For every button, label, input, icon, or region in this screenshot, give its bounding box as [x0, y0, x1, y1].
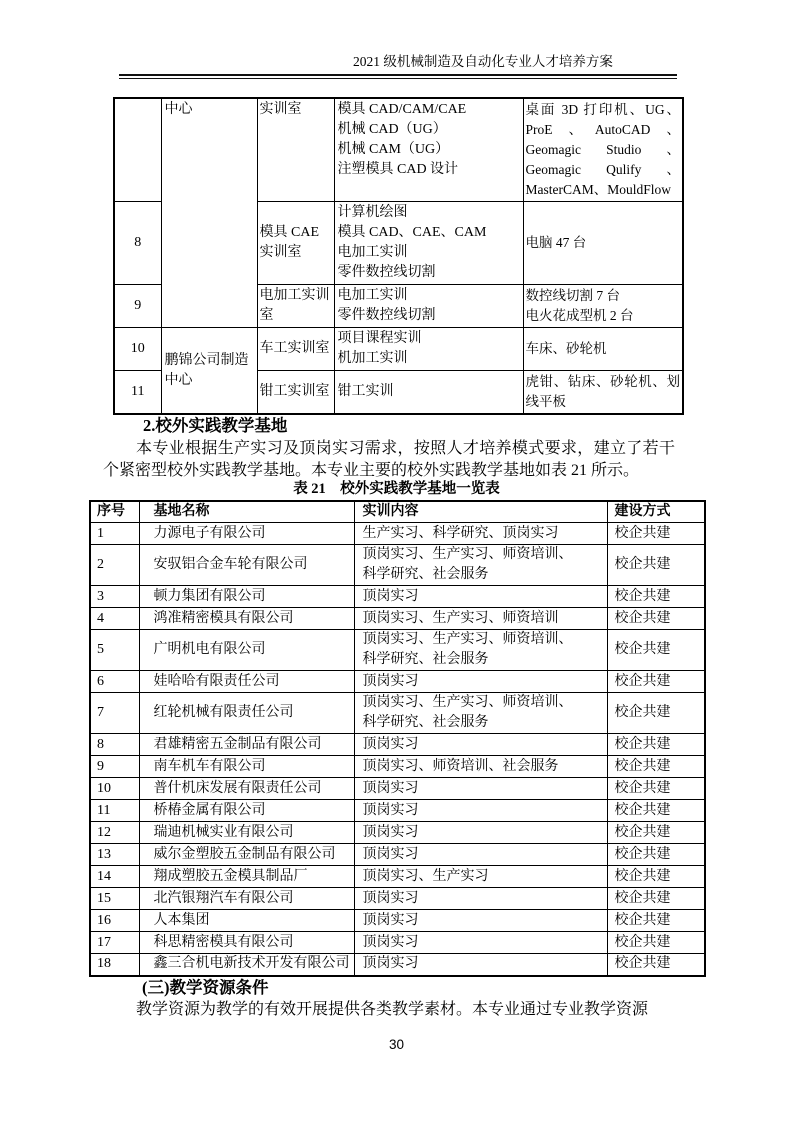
- table-row: 1 力源电子有限公司 生产实习、科学研究、顶岗实习 校企共建: [90, 523, 705, 545]
- training-content-cell: 生产实习、科学研究、顶岗实习: [354, 523, 607, 545]
- facility-row: 10 鹏锦公司制造中心 车工实训室 项目课程实训 机加工实训 车床、砂轮机: [114, 328, 683, 371]
- serial-cell: 5: [90, 630, 139, 671]
- page-number: 30: [0, 1037, 793, 1052]
- equipment-cell: 车床、砂轮机: [523, 328, 683, 371]
- base-name-cell: 南车机车有限公司: [139, 756, 354, 778]
- training-content-cell: 顶岗实习: [354, 671, 607, 693]
- serial-cell: 16: [90, 910, 139, 932]
- table-header-row: 序号 基地名称 实训内容 建设方式: [90, 501, 705, 523]
- base-name-cell: 翔成塑胶五金模具制品厂: [139, 866, 354, 888]
- serial-cell: 3: [90, 586, 139, 608]
- construction-mode-cell: 校企共建: [607, 545, 705, 586]
- base-name-cell: 北汽银翔汽车有限公司: [139, 888, 354, 910]
- section-heading-external-bases: 2.校外实践教学基地: [143, 415, 287, 437]
- col-header-training-content: 实训内容: [354, 501, 607, 523]
- training-content-cell: 顶岗实习: [354, 586, 607, 608]
- base-name-cell: 桥椿金属有限公司: [139, 800, 354, 822]
- base-name-cell: 娃哈哈有限责任公司: [139, 671, 354, 693]
- table21-caption: 表 21 校外实践教学基地一览表: [89, 479, 704, 499]
- content-cell: 电加工实训 零件数控线切割: [334, 285, 523, 328]
- construction-mode-cell: 校企共建: [607, 844, 705, 866]
- equipment-cell: 桌面 3D 打印机、UG、ProE 、AutoCAD 、Geomagic Stu…: [523, 98, 683, 202]
- serial-cell: 2: [90, 545, 139, 586]
- training-content-cell: 顶岗实习: [354, 844, 607, 866]
- serial-cell: 9: [114, 285, 161, 328]
- base-name-cell: 顿力集团有限公司: [139, 586, 354, 608]
- page-header-title: 2021 级机械制造及自动化专业人才培养方案: [353, 54, 613, 70]
- base-name-cell: 红轮机械有限责任公司: [139, 693, 354, 734]
- construction-mode-cell: 校企共建: [607, 671, 705, 693]
- table-row: 6 娃哈哈有限责任公司 顶岗实习 校企共建: [90, 671, 705, 693]
- training-content-cell: 顶岗实习、生产实习、师资培训、 科学研究、社会服务: [354, 545, 607, 586]
- table-row: 3 顿力集团有限公司 顶岗实习 校企共建: [90, 586, 705, 608]
- construction-mode-cell: 校企共建: [607, 693, 705, 734]
- table-row: 13 威尔金塑胶五金制品有限公司 顶岗实习 校企共建: [90, 844, 705, 866]
- serial-cell: 8: [114, 202, 161, 285]
- serial-cell: 15: [90, 888, 139, 910]
- document-page: 2021 级机械制造及自动化专业人才培养方案 中心 实训室 模具 CAD/CAM…: [0, 0, 793, 1122]
- room-cell: 车工实训室: [257, 328, 334, 371]
- table-row: 7 红轮机械有限责任公司 顶岗实习、生产实习、师资培训、 科学研究、社会服务 校…: [90, 693, 705, 734]
- base-name-cell: 君雄精密五金制品有限公司: [139, 734, 354, 756]
- serial-cell: 6: [90, 671, 139, 693]
- table-row: 10 普什机床发展有限责任公司 顶岗实习 校企共建: [90, 778, 705, 800]
- base-name-cell: 威尔金塑胶五金制品有限公司: [139, 844, 354, 866]
- training-content-cell: 顶岗实习: [354, 778, 607, 800]
- construction-mode-cell: 校企共建: [607, 888, 705, 910]
- construction-mode-cell: 校企共建: [607, 586, 705, 608]
- training-content-cell: 顶岗实习: [354, 954, 607, 976]
- base-name-cell: 力源电子有限公司: [139, 523, 354, 545]
- serial-cell: [114, 98, 161, 202]
- serial-cell: 7: [90, 693, 139, 734]
- table-row: 17 科思精密模具有限公司 顶岗实习 校企共建: [90, 932, 705, 954]
- table-row: 5 广明机电有限公司 顶岗实习、生产实习、师资培训、 科学研究、社会服务 校企共…: [90, 630, 705, 671]
- training-content-cell: 顶岗实习: [354, 800, 607, 822]
- serial-cell: 9: [90, 756, 139, 778]
- serial-cell: 11: [90, 800, 139, 822]
- room-cell: 钳工实训室: [257, 371, 334, 415]
- table-row: 9 南车机车有限公司 顶岗实习、师资培训、社会服务 校企共建: [90, 756, 705, 778]
- content-cell: 项目课程实训 机加工实训: [334, 328, 523, 371]
- construction-mode-cell: 校企共建: [607, 822, 705, 844]
- construction-mode-cell: 校企共建: [607, 630, 705, 671]
- training-content-cell: 顶岗实习、师资培训、社会服务: [354, 756, 607, 778]
- equipment-cell: 电脑 47 台: [523, 202, 683, 285]
- training-content-cell: 顶岗实习: [354, 734, 607, 756]
- bases-table: 序号 基地名称 实训内容 建设方式 1 力源电子有限公司 生产实习、科学研究、顶…: [89, 500, 706, 977]
- equipment-cell: 虎钳、钻床、砂轮机、划线平板: [523, 371, 683, 415]
- facility-row: 中心 实训室 模具 CAD/CAM/CAE 机械 CAD（UG） 机械 CAM（…: [114, 98, 683, 202]
- construction-mode-cell: 校企共建: [607, 608, 705, 630]
- training-content-cell: 顶岗实习、生产实习: [354, 866, 607, 888]
- table-row: 8 君雄精密五金制品有限公司 顶岗实习 校企共建: [90, 734, 705, 756]
- construction-mode-cell: 校企共建: [607, 778, 705, 800]
- construction-mode-cell: 校企共建: [607, 734, 705, 756]
- room-cell: 电加工实训室: [257, 285, 334, 328]
- table-row: 2 安驭铝合金车轮有限公司 顶岗实习、生产实习、师资培训、 科学研究、社会服务 …: [90, 545, 705, 586]
- training-content-cell: 顶岗实习: [354, 822, 607, 844]
- training-content-cell: 顶岗实习、生产实习、师资培训、 科学研究、社会服务: [354, 693, 607, 734]
- serial-cell: 10: [90, 778, 139, 800]
- serial-cell: 1: [90, 523, 139, 545]
- facilities-table: 中心 实训室 模具 CAD/CAM/CAE 机械 CAD（UG） 机械 CAM（…: [113, 97, 684, 415]
- base-name-cell: 人本集团: [139, 910, 354, 932]
- center-cell: 中心: [161, 98, 257, 328]
- training-content-cell: 顶岗实习、生产实习、师资培训、 科学研究、社会服务: [354, 630, 607, 671]
- construction-mode-cell: 校企共建: [607, 756, 705, 778]
- header-rule: [119, 74, 677, 79]
- content-cell: 计算机绘图 模具 CAD、CAE、CAM 电加工实训 零件数控线切割: [334, 202, 523, 285]
- serial-cell: 11: [114, 371, 161, 415]
- serial-cell: 17: [90, 932, 139, 954]
- serial-cell: 14: [90, 866, 139, 888]
- table-row: 15 北汽银翔汽车有限公司 顶岗实习 校企共建: [90, 888, 705, 910]
- col-header-serial: 序号: [90, 501, 139, 523]
- serial-cell: 18: [90, 954, 139, 976]
- base-name-cell: 瑞迪机械实业有限公司: [139, 822, 354, 844]
- construction-mode-cell: 校企共建: [607, 910, 705, 932]
- table-row: 12 瑞迪机械实业有限公司 顶岗实习 校企共建: [90, 822, 705, 844]
- table-row: 16 人本集团 顶岗实习 校企共建: [90, 910, 705, 932]
- paragraph-teaching-resources: 教学资源为教学的有效开展提供各类教学素材。本专业通过专业教学资源: [103, 999, 675, 1021]
- construction-mode-cell: 校企共建: [607, 800, 705, 822]
- content-cell: 模具 CAD/CAM/CAE 机械 CAD（UG） 机械 CAM（UG） 注塑模…: [334, 98, 523, 202]
- base-name-cell: 安驭铝合金车轮有限公司: [139, 545, 354, 586]
- table-row: 14 翔成塑胶五金模具制品厂 顶岗实习、生产实习 校企共建: [90, 866, 705, 888]
- content-cell: 钳工实训: [334, 371, 523, 415]
- base-name-cell: 鑫三合机电新技术开发有限公司: [139, 954, 354, 976]
- training-content-cell: 顶岗实习: [354, 910, 607, 932]
- base-name-cell: 普什机床发展有限责任公司: [139, 778, 354, 800]
- equipment-cell: 数控线切割 7 台 电火花成型机 2 台: [523, 285, 683, 328]
- table-row: 4 鸿准精密模具有限公司 顶岗实习、生产实习、师资培训 校企共建: [90, 608, 705, 630]
- base-name-cell: 科思精密模具有限公司: [139, 932, 354, 954]
- serial-cell: 10: [114, 328, 161, 371]
- training-content-cell: 顶岗实习、生产实习、师资培训: [354, 608, 607, 630]
- center-cell: 鹏锦公司制造中心: [161, 328, 257, 415]
- col-header-base-name: 基地名称: [139, 501, 354, 523]
- base-name-cell: 广明机电有限公司: [139, 630, 354, 671]
- room-cell: 模具 CAE 实训室: [257, 202, 334, 285]
- serial-cell: 12: [90, 822, 139, 844]
- section-heading-teaching-resources: (三)教学资源条件: [142, 977, 269, 999]
- construction-mode-cell: 校企共建: [607, 954, 705, 976]
- construction-mode-cell: 校企共建: [607, 866, 705, 888]
- paragraph-external-bases: 本专业根据生产实习及顶岗实习需求，按照人才培养模式要求，建立了若干个紧密型校外实…: [103, 438, 675, 482]
- serial-cell: 4: [90, 608, 139, 630]
- base-name-cell: 鸿准精密模具有限公司: [139, 608, 354, 630]
- serial-cell: 13: [90, 844, 139, 866]
- construction-mode-cell: 校企共建: [607, 932, 705, 954]
- training-content-cell: 顶岗实习: [354, 932, 607, 954]
- training-content-cell: 顶岗实习: [354, 888, 607, 910]
- table-row: 18 鑫三合机电新技术开发有限公司 顶岗实习 校企共建: [90, 954, 705, 976]
- col-header-construction-mode: 建设方式: [607, 501, 705, 523]
- construction-mode-cell: 校企共建: [607, 523, 705, 545]
- table-row: 11 桥椿金属有限公司 顶岗实习 校企共建: [90, 800, 705, 822]
- room-cell: 实训室: [257, 98, 334, 202]
- serial-cell: 8: [90, 734, 139, 756]
